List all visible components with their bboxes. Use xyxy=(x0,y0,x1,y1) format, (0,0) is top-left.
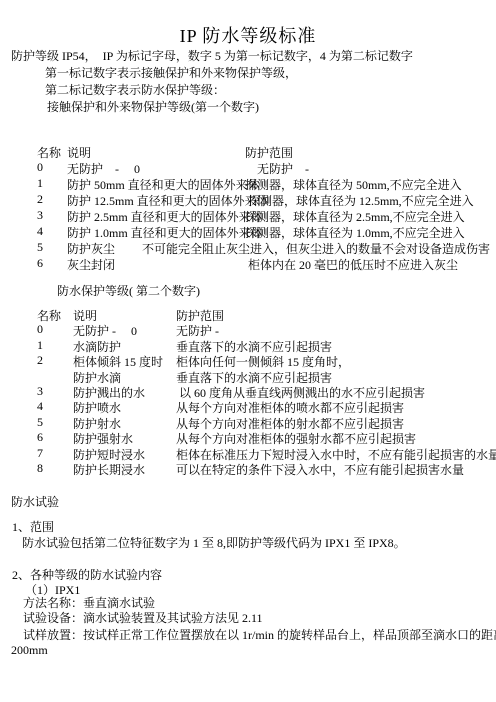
table-row: 5防护灰尘 不可能完全阻止灰尘进入，但灰尘进入的数量不会对设备造成伤害 xyxy=(0,240,496,256)
col-range-cell: 可以在特定的条件下浸入水中，不应有能引起损害水量 xyxy=(176,461,464,478)
placement-line-2: 200mm xyxy=(11,642,48,658)
equipment-line: 试验设备：滴水试验装置及其试验方法见 2.11 xyxy=(23,610,263,626)
col-range-cell: 探测器，球体直径为 12.5mm,不应完全进入 xyxy=(245,192,474,209)
placement-line-1: 试样放置：按试样正常工作位置摆放在以 1r/min 的旋转样品台上，样品顶部至滴… xyxy=(23,627,496,643)
col-name-cell: 1 xyxy=(37,176,43,191)
table-row: 6灰尘封闭 柜体内在 20 毫巴的低压时不应进入灰尘 xyxy=(0,256,496,272)
col-desc-cell: 防护 12.5mm 直径和更大的固体外来体 xyxy=(67,192,269,209)
scope-body: 防水试验包括第二位特征数字为 1 至 8,即防护等级代码为 IPX1 至 IPX… xyxy=(22,535,406,551)
table-row: 2防护 12.5mm 直径和更大的固体外来体 探测器，球体直径为 12.5mm,… xyxy=(0,192,496,208)
table-row: 4防护喷水从每个方向对准柜体的喷水都不应引起损害 xyxy=(0,399,496,414)
col-name-cell: 3 xyxy=(37,208,43,223)
table-row: 4防护 1.0mm 直径和更大的固体外来体探测器，球体直径为 1.0mm,不应完… xyxy=(0,224,496,240)
col-desc-cell: 灰尘封闭 xyxy=(67,256,115,273)
intro-line-2: 第一标记数字表示接触保护和外来物保护等级， xyxy=(0,65,496,82)
col-name-cell: 2 xyxy=(37,353,43,368)
col-name-cell: 1 xyxy=(37,338,43,353)
col-name-cell: 7 xyxy=(37,446,43,461)
col-range-cell: 探测器，球体直径为 2.5mm,不应完全进入 xyxy=(245,208,465,225)
page-title: IP 防水等级标准 xyxy=(0,22,496,48)
table-row: 0无防护 - 0无防护 - xyxy=(0,322,496,337)
col-name-cell: 4 xyxy=(37,224,43,239)
table-row: 8防护长期浸水可以在特定的条件下浸入水中，不应有能引起损害水量 xyxy=(0,461,496,476)
col-desc-cell: 防护 1.0mm 直径和更大的固体外来体 xyxy=(67,224,263,241)
intro-line-3: 第二标记数字表示防水保护等级： xyxy=(0,82,496,99)
col-range-cell: 柜体内在 20 毫巴的低压时不应进入灰尘 xyxy=(245,256,458,273)
table-row: 2柜体倾斜 15 度时柜体向任何一侧倾斜 15 度角时， xyxy=(0,353,496,368)
col-name-cell: 0 xyxy=(37,160,43,175)
intro-line-4: 接触保护和外来物保护等级(第一个数字) xyxy=(0,99,496,116)
col-range-cell: 探测器，球体直径为 1.0mm,不应完全进入 xyxy=(245,224,465,241)
method-line: 方法名称：垂直滴水试验 xyxy=(23,595,155,611)
intro-line-1: 防护等级 IP54， IP 为标记字母，数字 5 为第一标记数字，4 为第二标记… xyxy=(0,48,496,65)
table-row: 0无防护 - 0 无防护 - xyxy=(0,160,496,176)
intro-paragraph: 防护等级 IP54， IP 为标记字母，数字 5 为第一标记数字，4 为第二标记… xyxy=(0,48,496,116)
scope-title: 1、范围 xyxy=(12,519,54,535)
table-row: 1水滴防护垂直落下的水滴不应引起损害 xyxy=(0,338,496,353)
col-range-cell: 无防护 - xyxy=(245,160,309,177)
col-name-cell: 2 xyxy=(37,192,43,207)
col-desc-cell: 防护灰尘 不可能完全阻止灰尘进入，但灰尘进入的数量不会对设备造成伤害 xyxy=(67,240,490,257)
table-row: 7防护短时浸水柜体在标准压力下短时浸入水中时，不应有能引起损害的水量浸入 xyxy=(0,446,496,461)
col-desc-cell: 无防护 - 0 xyxy=(67,160,140,177)
col-desc-cell: 防护 2.5mm 直径和更大的固体外来体 xyxy=(67,208,263,225)
table-header-row: 名称说明防护范围 xyxy=(0,307,496,322)
table-header-row: 名称说明防护范围 xyxy=(0,144,496,160)
table-row: 3防护 2.5mm 直径和更大的固体外来体探测器，球体直径为 2.5mm,不应完… xyxy=(0,208,496,224)
test-section-heading: 防水试验 xyxy=(11,494,59,510)
col-name-cell: 3 xyxy=(37,384,43,399)
table-row: 5防护射水从每个方向对准柜体的射水都不应引起损害 xyxy=(0,415,496,430)
col-name-cell: 名称 xyxy=(37,144,61,161)
col-name-cell: 5 xyxy=(37,415,43,430)
solid-protection-table: 名称说明防护范围0无防护 - 0 无防护 -1防护 50mm 直径和更大的固体外… xyxy=(0,144,496,272)
col-range-cell: 防护范围 xyxy=(245,144,293,161)
table-row: 6防护强射水从每个方向对准柜体的强射水都不应引起损害 xyxy=(0,430,496,445)
col-name-cell: 0 xyxy=(37,322,43,337)
document-page: IP 防水等级标准 防护等级 IP54， IP 为标记字母，数字 5 为第一标记… xyxy=(0,0,496,702)
col-desc-cell: 防护 50mm 直径和更大的固体外来体 xyxy=(67,176,260,193)
water-table-heading: 防水保护等级( 第二个数字) xyxy=(57,282,200,299)
table-row: 3防护溅出的水 以 60 度角从垂直线两侧溅出的水不应引起损害 xyxy=(0,384,496,399)
col-name-cell: 8 xyxy=(37,461,43,476)
col-name-cell: 4 xyxy=(37,399,43,414)
col-desc-cell: 说明 xyxy=(67,144,91,161)
col-name-cell: 6 xyxy=(37,256,43,271)
col-name-cell: 5 xyxy=(37,240,43,255)
col-desc-cell: 防护长期浸水 xyxy=(73,461,145,478)
table-row: 防护水滴垂直落下的水滴不应引起损害 xyxy=(0,369,496,384)
table-row: 1防护 50mm 直径和更大的固体外来体探测器，球体直径为 50mm,不应完全进… xyxy=(0,176,496,192)
water-protection-table: 名称说明防护范围0无防护 - 0无防护 -1水滴防护垂直落下的水滴不应引起损害2… xyxy=(0,307,496,476)
col-range-cell: 探测器，球体直径为 50mm,不应完全进入 xyxy=(245,176,462,193)
col-name-cell: 6 xyxy=(37,430,43,445)
content-title: 2、各种等级的防水试验内容 xyxy=(12,567,162,583)
